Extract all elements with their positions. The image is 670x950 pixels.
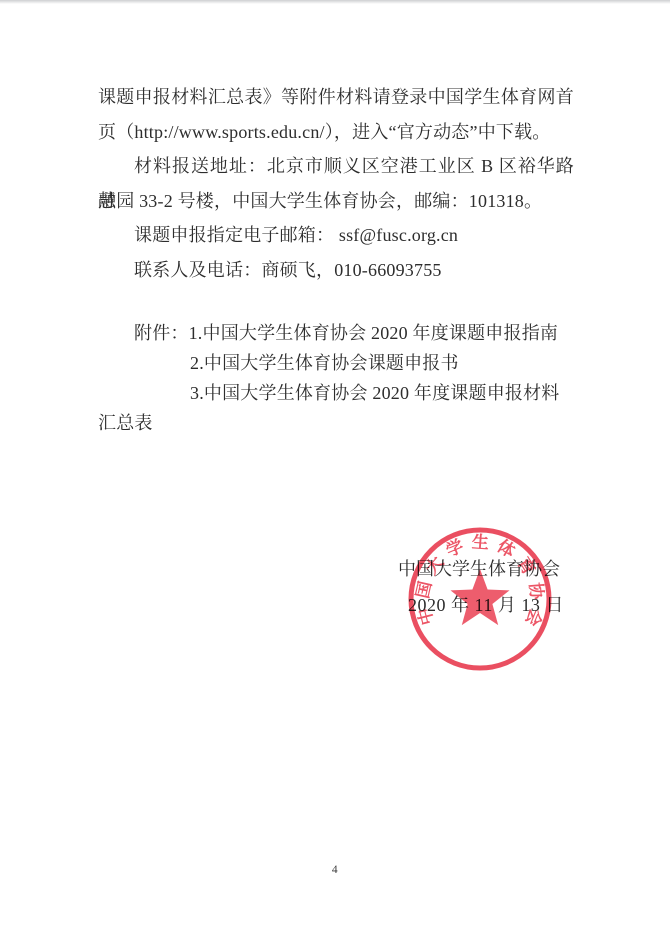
body-line-address: 材料报送地址：北京市顺义区空港工业区 B 区裕华路融 [98,149,574,184]
attachment-item: 3.中国大学生体育协会 2020 年度课题申报材料 [98,378,574,408]
attachments-list: 附件：1.中国大学生体育协会 2020 年度课题申报指南 2.中国大学生体育协会… [98,318,574,438]
body-line-email: 课题申报指定电子邮箱： ssf@fusc.org.cn [98,218,574,253]
body-line-address-cont: 慧园 33-2 号楼，中国大学生体育协会，邮编：101318。 [98,184,574,219]
document-body: 课题申报材料汇总表》等附件材料请登录中国学生体育网首 页（http://www.… [98,80,574,438]
body-line-contact: 联系人及电话：商硕飞，010-66093755 [98,253,574,288]
signature-date: 2020 年 11 月 13 日 [408,595,564,617]
page-number: 4 [0,864,670,876]
signature-organization: 中国大学生体育协会 [398,559,560,581]
attachment-item: 2.中国大学生体育协会课题申报书 [98,348,574,378]
attachment-item: 附件：1.中国大学生体育协会 2020 年度课题申报指南 [98,318,574,348]
scanned-document-page: 课题申报材料汇总表》等附件材料请登录中国学生体育网首 页（http://www.… [0,0,670,950]
scan-edge-artifact [0,0,670,4]
body-line: 课题申报材料汇总表》等附件材料请登录中国学生体育网首 [98,80,574,115]
seal-ring-text: 中国大学生体育协会 [412,531,548,635]
body-line-url: 页（http://www.sports.edu.cn/），进入“官方动态”中下载… [98,115,574,150]
attachment-item-continuation: 汇总表 [98,408,574,438]
